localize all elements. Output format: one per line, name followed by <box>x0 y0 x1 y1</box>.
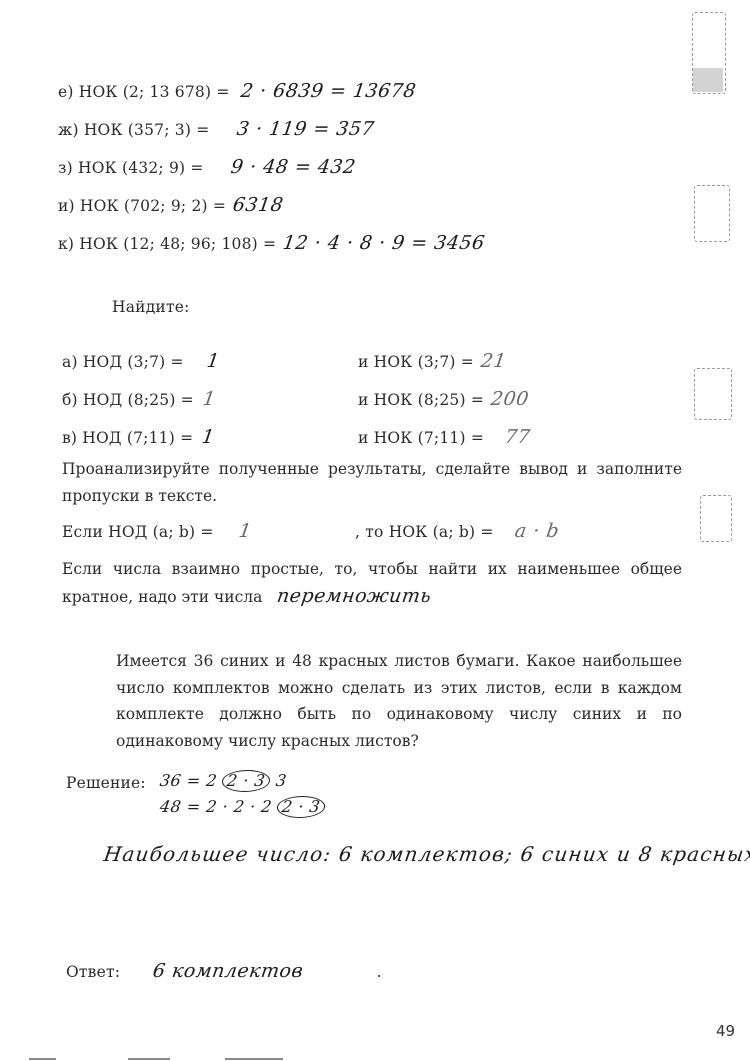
factorization-36-rest: 3 <box>274 771 287 790</box>
solution-line-1: 36 = 2 2 · 3 3 <box>160 770 286 792</box>
page-number: 49 <box>716 1022 735 1040</box>
gcd-label: в) НОД (7;11) = <box>62 429 193 447</box>
lcm-answer: 6318 <box>232 194 285 216</box>
coprime-rule: Если числа взаимно простые, то, чтобы на… <box>62 556 682 610</box>
coprime-answer: перемножить <box>275 583 433 610</box>
lcm-item: е) НОК (2; 13 678) = 2 · 6839 = 13678 <box>58 80 416 102</box>
lcm-answer: 21 <box>480 350 508 372</box>
lcm-answer: 2 · 6839 = 13678 <box>239 80 417 102</box>
gcd-rule-answer: 1 <box>237 520 253 542</box>
lcm-row: и НОК (7;11) = 77 <box>358 426 530 448</box>
answer-period: . <box>377 963 382 981</box>
lcm-answer: 3 · 119 = 357 <box>235 118 375 140</box>
lcm-answer: 12 · 4 · 8 · 9 = 3456 <box>282 232 487 254</box>
gcd-answer: 1 <box>205 350 221 372</box>
divider <box>29 1058 56 1060</box>
problem-text: Имеется 36 синих и 48 красных листов бум… <box>116 648 682 754</box>
find-heading: Найдите: <box>112 298 190 316</box>
lcm-item: к) НОК (12; 48; 96; 108) = 12 · 4 · 8 · … <box>58 232 485 254</box>
solution-line-2: 48 = 2 · 2 · 2 2 · 3 <box>160 796 325 818</box>
lcm-answer: 77 <box>504 426 532 448</box>
solution-explanation: Наибольшее число: 6 комплектов; 6 синих … <box>104 842 750 866</box>
gcd-label: а) НОД (3;7) = <box>62 353 184 371</box>
lcm-label: ж) НОК (357; 3) = <box>58 121 209 139</box>
divider <box>128 1058 170 1060</box>
lcm-rule-answer: a · b <box>513 520 560 542</box>
answer-value: 6 комплектов <box>152 960 305 982</box>
gcd-row: в) НОД (7;11) = 1 <box>62 426 215 448</box>
lcm-row: и НОК (8;25) = 200 <box>358 388 529 410</box>
lcm-answer: 9 · 48 = 432 <box>229 156 357 178</box>
gcd-rule-prefix: Если НОД (a; b) = <box>62 523 214 541</box>
circled-common-factors: 2 · 3 <box>221 770 272 792</box>
gcd-rule-line: Если НОД (a; b) = 1 <box>62 520 251 542</box>
lcm-row: и НОК (3;7) = 21 <box>358 350 506 372</box>
lcm-item: з) НОК (432; 9) = 9 · 48 = 432 <box>58 156 355 178</box>
circled-common-factors: 2 · 3 <box>276 796 327 818</box>
lcm-label: е) НОК (2; 13 678) = <box>58 83 230 101</box>
page-edge-artifact <box>700 495 732 542</box>
lcm-label: к) НОК (12; 48; 96; 108) = <box>58 235 276 253</box>
gcd-answer: 1 <box>201 426 217 448</box>
page-edge-artifact <box>694 185 730 242</box>
divider <box>225 1058 283 1060</box>
answer-label: Ответ: <box>66 963 120 981</box>
gcd-answer: 1 <box>201 388 217 410</box>
conclusion-instruction: Проанализируйте полученные результаты, с… <box>62 456 682 509</box>
factorization-48: 48 = 2 · 2 · 2 <box>159 797 274 816</box>
page-edge-shadow <box>693 68 723 92</box>
solution-label: Решение: <box>66 774 146 792</box>
lcm-rule-prefix: , то НОК (a; b) = <box>355 523 494 541</box>
gcd-label: б) НОД (8;25) = <box>62 391 194 409</box>
lcm-label: з) НОК (432; 9) = <box>58 159 204 177</box>
lcm-label: и НОК (8;25) = <box>358 391 484 409</box>
lcm-answer: 200 <box>490 388 531 410</box>
lcm-rule-line: , то НОК (a; b) = a · b <box>355 520 559 542</box>
lcm-item: ж) НОК (357; 3) = 3 · 119 = 357 <box>58 118 374 140</box>
lcm-item: и) НОК (702; 9; 2) = 6318 <box>58 194 284 216</box>
lcm-label: и НОК (7;11) = <box>358 429 484 447</box>
answer-line: Ответ: 6 комплектов . <box>66 960 382 982</box>
lcm-label: и) НОК (702; 9; 2) = <box>58 197 226 215</box>
gcd-row: а) НОД (3;7) = 1 <box>62 350 219 372</box>
lcm-label: и НОК (3;7) = <box>358 353 474 371</box>
gcd-row: б) НОД (8;25) = 1 <box>62 388 216 410</box>
factorization-36: 36 = 2 <box>159 771 219 790</box>
page-edge-artifact <box>694 368 732 420</box>
